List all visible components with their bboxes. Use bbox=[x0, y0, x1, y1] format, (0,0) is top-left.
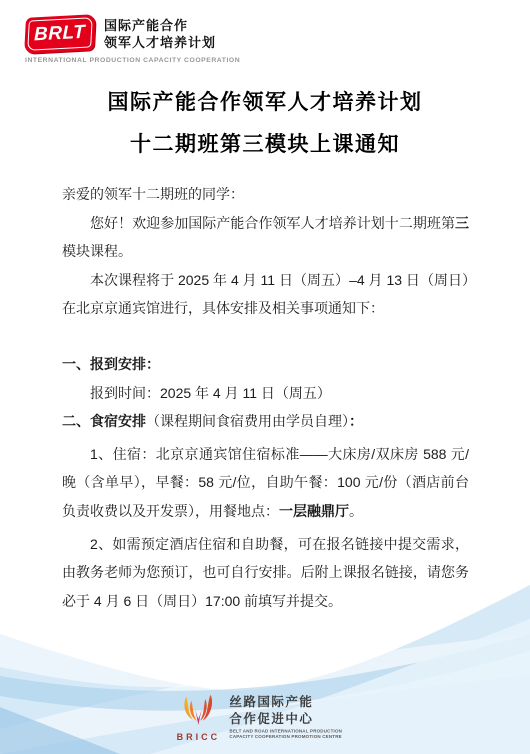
bricc-logo: BRICC 丝路国际产能 合作促进中心 BELT AND ROAD INTERN… bbox=[175, 694, 354, 742]
paragraph-accommodation: 1、住宿：北京京通宾馆住宿标准——大床房/双床房 588 元/晚（含单早），早餐… bbox=[62, 440, 469, 526]
bricc-cn-line2: 合作促进中心 bbox=[229, 711, 354, 728]
section2-heading: 二、食宿安排（课程期间食宿费用由学员自理）： bbox=[62, 407, 469, 436]
section1-heading: 一、报到安排： bbox=[62, 350, 469, 379]
document-page: BRLT 国际产能合作 领军人才培养计划 INTERNATIONAL PRODU… bbox=[0, 0, 530, 754]
bricc-phoenix-icon bbox=[179, 694, 217, 730]
brlt-flag-icon: BRLT bbox=[24, 14, 96, 54]
brlt-acronym: BRLT bbox=[34, 22, 85, 47]
bricc-cn-name: 丝路国际产能 合作促进中心 bbox=[229, 694, 354, 727]
section1-checkin-time: 报到时间：2025 年 4 月 11 日（周五） bbox=[62, 379, 469, 408]
bricc-cn-line1: 丝路国际产能 bbox=[229, 694, 354, 711]
salutation: 亲爱的领军十二期班的同学： bbox=[62, 180, 469, 209]
brlt-logo-cn: 国际产能合作 领军人才培养计划 bbox=[104, 17, 216, 51]
notice-body: 亲爱的领军十二期班的同学： 您好！欢迎参加国际产能合作领军人才培养计划十二期班第… bbox=[62, 180, 469, 615]
doc-title-line2: 十二期班第三模块上课通知 bbox=[0, 128, 530, 158]
brlt-logo: BRLT 国际产能合作 领军人才培养计划 INTERNATIONAL PRODU… bbox=[25, 16, 255, 64]
brlt-cn-line2: 领军人才培养计划 bbox=[104, 34, 216, 51]
brlt-logo-caption: INTERNATIONAL PRODUCTION CAPACITY COOPER… bbox=[25, 57, 255, 64]
bricc-acronym: BRICC bbox=[177, 732, 221, 742]
doc-title-line1: 国际产能合作领军人才培养计划 bbox=[0, 86, 530, 116]
paragraph-schedule: 本次课程将于 2025 年 4 月 11 日（周五）–4 月 13 日（周日）在… bbox=[62, 266, 469, 323]
brlt-cn-line1: 国际产能合作 bbox=[104, 17, 216, 34]
paragraph-welcome: 您好！欢迎参加国际产能合作领军人才培养计划十二期班第三模块课程。 bbox=[62, 209, 469, 266]
bricc-en-name: BELT AND ROAD INTERNATIONAL PRODUCTION C… bbox=[229, 729, 342, 740]
